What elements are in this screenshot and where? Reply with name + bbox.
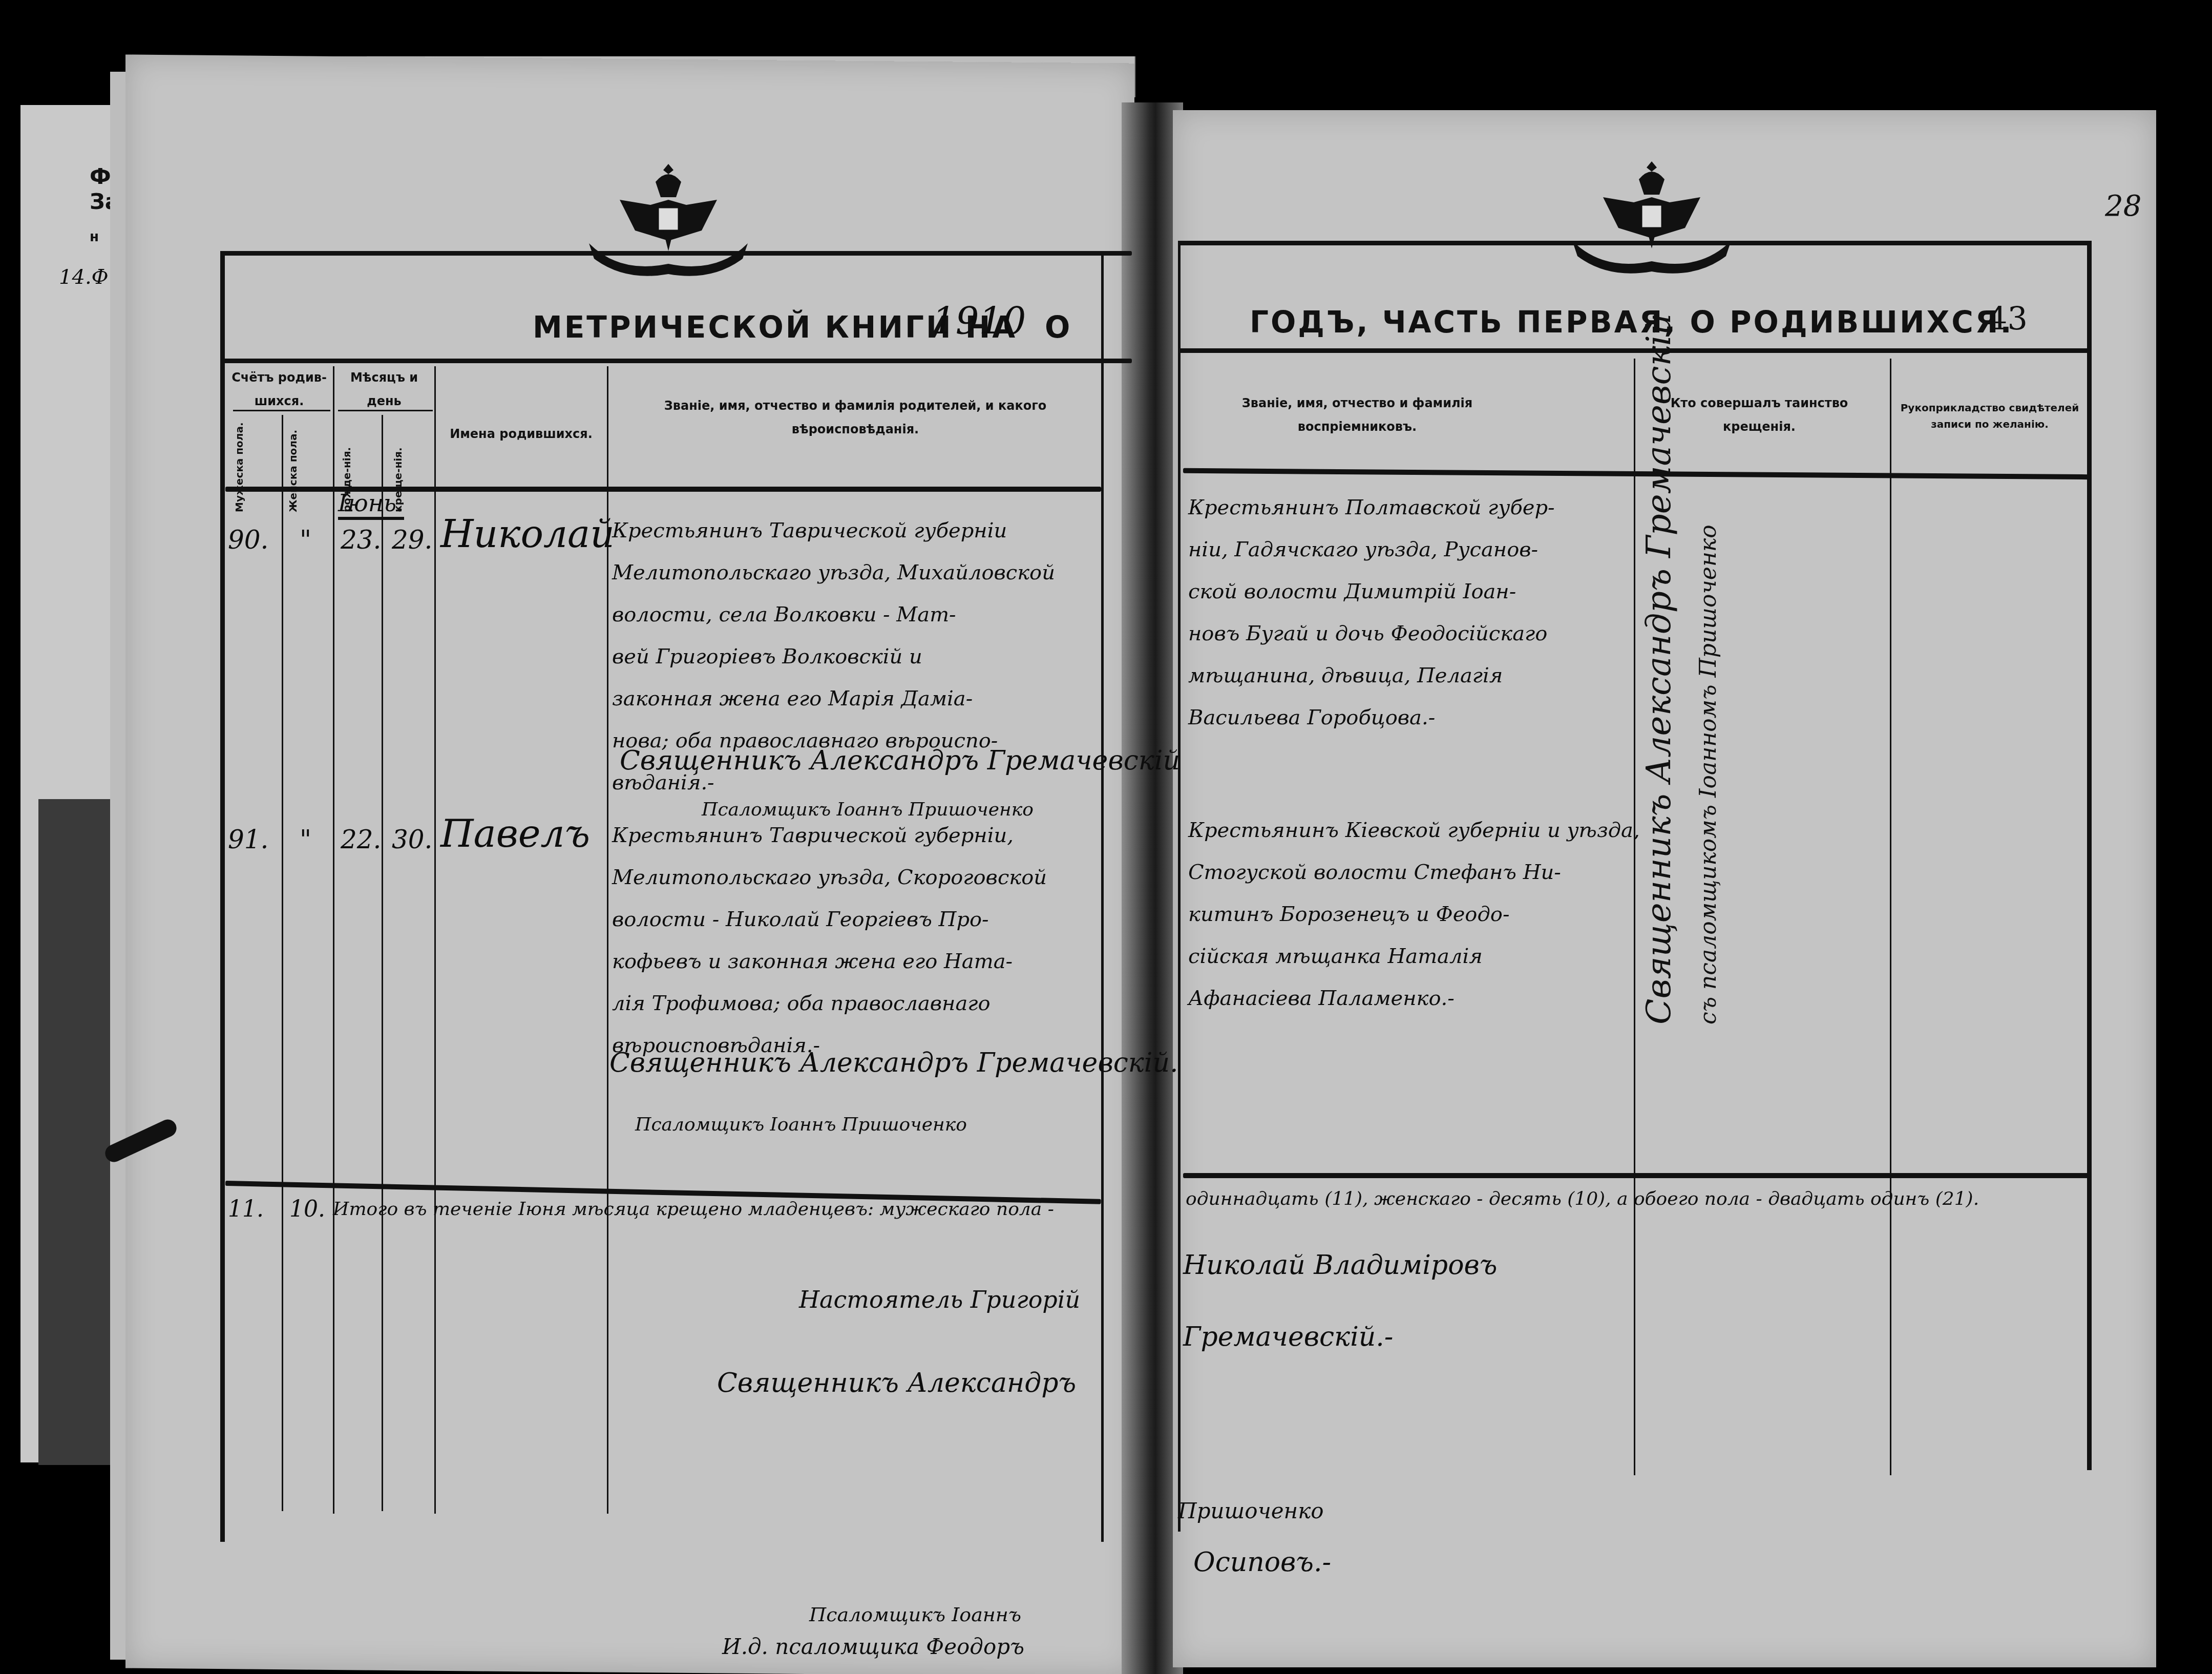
imperial-crest-left — [584, 154, 753, 282]
closing-signature-rector: Настоятель Григорiй — [799, 1286, 1080, 1313]
godparents-line: Васильева Горобцова.- — [1188, 697, 1629, 739]
register-title-mid: О — [1045, 310, 1072, 345]
entry-child-name: Павелъ — [440, 812, 590, 856]
psalmist-signature: Псаломщикъ Іоаннъ Пришоченко — [635, 1114, 967, 1135]
parents-line: волости - Николай Георгiевъ Про- — [612, 898, 1104, 940]
title-top-rule-left — [220, 251, 1132, 256]
col-divider-month-names — [434, 366, 436, 1514]
frame-left — [220, 251, 225, 1542]
parents-line: Крестьянинъ Таврической губерніи, — [612, 814, 1104, 856]
frame-right — [2087, 241, 2092, 1470]
entry-female-number: " — [300, 525, 311, 555]
register-year-handwritten: 1910 — [932, 300, 1026, 343]
totals-summary-right: одиннадцать (11), женскаго - десять (10)… — [1186, 1188, 1979, 1209]
header-month-day: Мѣсяцъ и день — [335, 366, 433, 413]
godparents-line: новъ Бугай и дочь Феодосiйскаго — [1188, 613, 1629, 655]
godparents-line: Стогуской волости Стефанъ Ни- — [1188, 851, 1629, 893]
header-male: Мужеска пола. — [233, 420, 245, 512]
entry-parents: Крестьянинъ Таврической губерніи, Мелито… — [612, 814, 1104, 1066]
parents-line: лія Трофимова; оба православнаго — [612, 982, 1104, 1024]
closing-signature-priest: Священникъ Александръ — [717, 1368, 1076, 1398]
godparents-line: Крестьянинъ Полтавской губер- — [1188, 487, 1629, 529]
godparents-line: ніи, Гадячскаго уѣзда, Русанов- — [1188, 529, 1629, 571]
col-divider-count-month — [333, 366, 334, 1514]
entry-female-number: " — [300, 825, 311, 854]
godparents-line: Афанасiева Паламенко.- — [1188, 977, 1629, 1019]
entry-child-name: Николай — [440, 512, 615, 556]
entry-male-number: 90. — [228, 525, 269, 555]
totals-summary-left: Итого въ теченіе Іюня мѣсяца крещено мла… — [333, 1199, 1054, 1220]
header-officiant: Кто совершалъ таинство крещенія. — [1649, 392, 1869, 438]
header-female: Женска пола. — [287, 420, 299, 512]
godparents-line: китинъ Борозенецъ и Феодо- — [1188, 893, 1629, 935]
godparents-entry-91: Крестьянинъ Кіевской губерніи и уѣзда, С… — [1188, 809, 1629, 1019]
month-label: Іюнь. — [338, 489, 404, 520]
officiant-signature-psalmist: съ псаломщикомъ Іоанномъ Пришоченко — [1695, 517, 1721, 1024]
col-divider-birth-baptism — [382, 415, 383, 1511]
entry-male-number: 91. — [228, 825, 269, 854]
header-names: Имена родившихся. — [438, 423, 604, 446]
parents-line: кофьевъ и законная жена его Ната- — [612, 940, 1104, 982]
entry-baptism-day: 30. — [392, 825, 433, 854]
closing-signature-osipov: Осиповъ.- — [1193, 1547, 1331, 1578]
col-divider-officiant-witness — [1890, 359, 1891, 1475]
frame-left-inner-right — [1178, 241, 1181, 1532]
header-count-split — [233, 410, 330, 411]
godparents-line: Крестьянинъ Кіевской губерніи и уѣзда, — [1188, 809, 1629, 851]
godparents-line: мѣщанина, дѣвица, Пелагія — [1188, 655, 1629, 697]
godparents-line: ской волости Димитрiй Іоан- — [1188, 571, 1629, 613]
header-count-group: Счётъ родив-шихся. — [228, 366, 330, 413]
header-month-split — [338, 410, 433, 411]
total-female-count: 10. — [289, 1196, 325, 1222]
priest-signature: Священникъ Александръ Гремачевскiй. — [609, 1048, 1178, 1078]
godparents-line: сійская мѣщанка Наталія — [1188, 935, 1629, 977]
header-godparents: Званіе, имя, отчество и фамилія воспріем… — [1214, 392, 1501, 438]
imperial-crest-right — [1567, 151, 1736, 279]
col-divider-male-female — [282, 415, 283, 1511]
priest-signature: Священникъ Александръ Гремачевскiй — [620, 745, 1180, 776]
col-divider-godparents-officiant — [1634, 359, 1635, 1475]
header-witness-signatures: Рукоприкладство свидѣтелей записи по жел… — [1895, 400, 2084, 432]
header-parents: Званіе, имя, отчество и фамилія родителе… — [630, 394, 1081, 441]
double-headed-eagle-icon — [584, 154, 753, 282]
dark-binding-strip — [38, 799, 120, 1465]
double-headed-eagle-icon — [1567, 151, 1736, 279]
closing-signature-gremachevsky: Гремачевскiй.- — [1183, 1322, 1393, 1352]
officiant-signature-priest: Священникъ Александръ Гремачевскiй — [1639, 512, 1678, 1024]
closing-signature-acting-psalmist: И.д. псаломщика Феодоръ — [722, 1634, 1024, 1659]
total-male-count: 11. — [228, 1196, 264, 1222]
title-bottom-rule-right — [1178, 348, 2090, 353]
handwritten-folio-number: 28 — [2105, 190, 2141, 223]
printed-page-number: 43 — [1987, 300, 2028, 337]
parents-line: вей Григорiевъ Волковскiй и — [612, 636, 1104, 678]
parents-line: законная жена его Марія Даміа- — [612, 678, 1104, 720]
closing-signature-psalmist: Псаломщикъ Іоаннъ — [809, 1603, 1021, 1626]
closing-signature-nikolay: Николай Владимiровъ — [1183, 1250, 1497, 1281]
entry-baptism-day: 29. — [392, 525, 433, 555]
entry-birth-day: 22. — [341, 825, 382, 854]
totals-rule-right — [1183, 1173, 2090, 1178]
register-title-right: ГОДЪ, ЧАСТЬ ПЕРВАЯ, О РОДИВШИХСЯ. — [1250, 305, 2013, 340]
parents-line: Крестьянинъ Таврической губерніи — [612, 510, 1104, 552]
title-top-rule-right — [1178, 241, 2090, 245]
parents-line: волости, села Волковки - Мат- — [612, 594, 1104, 636]
parents-line: Мелитопольскаго уѣзда, Михайловской — [612, 552, 1104, 594]
parents-line: Мелитопольскаго уѣзда, Скороговской — [612, 856, 1104, 898]
closing-signature-prishochenko: Пришоченко — [1178, 1498, 1324, 1523]
entry-birth-day: 23. — [341, 525, 382, 555]
godparents-entry-90: Крестьянинъ Полтавской губер- ніи, Гадяч… — [1188, 487, 1629, 739]
title-bottom-rule-left — [220, 359, 1132, 363]
